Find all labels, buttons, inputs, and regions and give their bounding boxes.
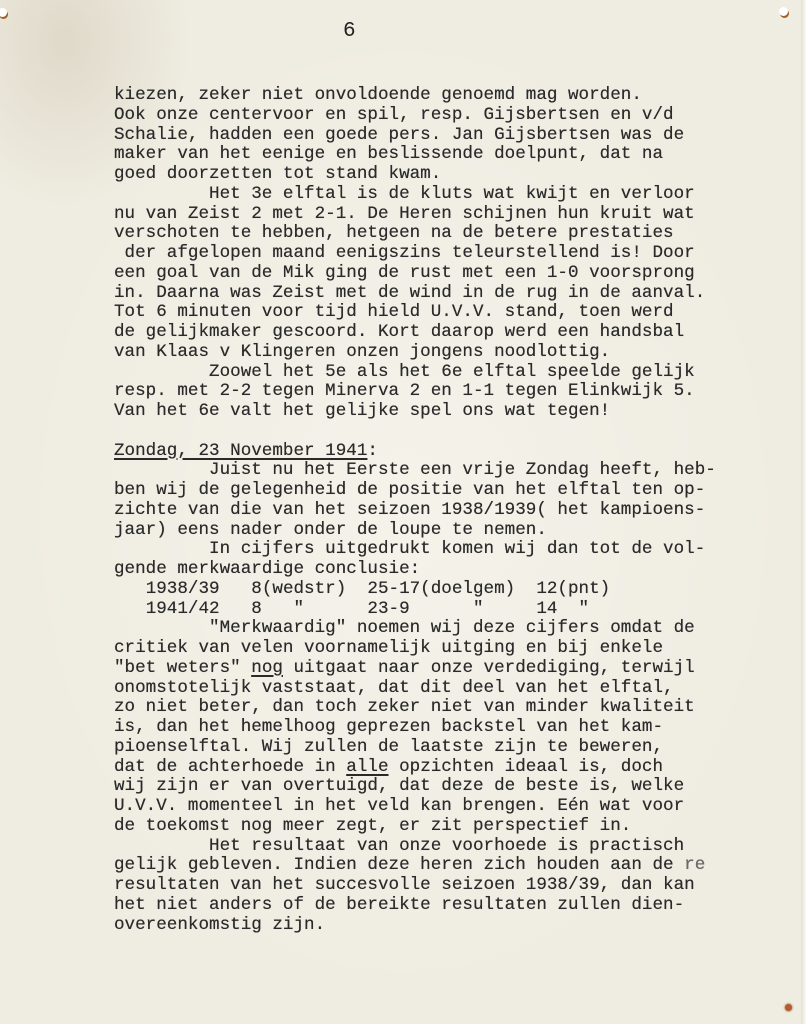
underlined-word-alle: alle [346, 757, 388, 777]
text-line: Van het 6e valt het gelijke spel ons wat… [114, 402, 804, 422]
paragraph-4: Juist nu het Eerste een vrije Zondag hee… [114, 461, 804, 540]
text-line: dat de achterhoede in alle opzichten ide… [114, 758, 804, 778]
text-line: U.V.V. momenteel in het veld kan brengen… [114, 797, 804, 817]
typewritten-page: 6 kiezen, zeker niet onvoldoende genoemd… [0, 0, 807, 1024]
paragraph-1: kiezen, zeker niet onvoldoende genoemd m… [114, 86, 804, 185]
paragraph-3: Zoowel het 5e als het 6e elftal speelde … [114, 363, 804, 422]
stats-cell-seizoen: 1938/39 [146, 580, 252, 600]
text-line: pioenselftal. Wij zullen de laatste zijn… [114, 738, 804, 758]
blank-line [114, 422, 804, 442]
document-body: kiezen, zeker niet onvoldoende genoemd m… [114, 86, 804, 935]
text-line: kiezen, zeker niet onvoldoende genoemd m… [114, 86, 804, 106]
text-line: Tot 6 minuten voor tijd hield U.V.V. sta… [114, 303, 804, 323]
stats-cell-wedstr: 8(wedstr) [251, 580, 367, 600]
text-line: maker van het eenige en beslissende doel… [114, 145, 804, 165]
section-heading-date: Zondag, 23 November 1941 [114, 441, 367, 461]
text-line: onomstotelijk vaststaat, dat dit deel va… [114, 679, 804, 699]
stats-cell-doelgem: 25-17(doelgem) [367, 580, 536, 600]
stats-cell-doelgem: 23-9 " [367, 600, 536, 620]
section-heading: Zondag, 23 November 1941: [114, 442, 804, 462]
stats-row: 1941/428 "23-9 "14 " [114, 600, 804, 620]
text-line: der afgelopen maand eenigszins teleurste… [114, 244, 804, 264]
text-segment: opzichten ideaal is, doch [389, 757, 664, 777]
text-line: in. Daarna was Zeist met de wind in de r… [114, 284, 804, 304]
text-line: nu van Zeist 2 met 2-1. De Heren schijne… [114, 205, 804, 225]
text-segment: uitgaat naar onze verdediging, terwijl [283, 658, 695, 678]
text-line: critiek van velen voornamelijk uitging e… [114, 639, 804, 659]
text-line: jaar) eens nader onder de loupe te nemen… [114, 521, 804, 541]
text-line: gelijk gebleven. Indien deze heren zich … [114, 856, 804, 876]
paragraph-5: In cijfers uitgedrukt komen wij dan tot … [114, 540, 804, 580]
text-line: is, dan het hemelhoog geprezen backstel … [114, 718, 804, 738]
stats-row: 1938/398(wedstr)25-17(doelgem)12(pnt) [114, 580, 804, 600]
text-line: het niet anders of de bereikte resultate… [114, 896, 804, 916]
paragraph-2: Het 3e elftal is de kluts wat kwijt en v… [114, 185, 804, 363]
text-line: verschoten te hebben, hetgeen na de bete… [114, 224, 804, 244]
text-line: wij zijn er van overtuigd, dat deze de b… [114, 777, 804, 797]
section-heading-colon: : [367, 441, 378, 461]
punch-hole-top-left [0, 8, 7, 17]
text-line: Het 3e elftal is de kluts wat kwijt en v… [114, 185, 804, 205]
text-line: overeenkomstig zijn. [114, 916, 804, 936]
stats-cell-seizoen: 1941/42 [146, 600, 252, 620]
text-line: "Merkwaardig" noemen wij deze cijfers om… [114, 619, 804, 639]
underlined-word-nog: nog [251, 658, 283, 678]
stats-table: 1938/398(wedstr)25-17(doelgem)12(pnt) 19… [114, 580, 804, 620]
text-segment: gelijk gebleven. Indien deze heren zich … [114, 855, 684, 875]
text-line: In cijfers uitgedrukt komen wij dan tot … [114, 540, 804, 560]
text-segment: "bet weters" [114, 658, 251, 678]
page-number: 6 [343, 20, 356, 43]
text-line: resultaten van het succesvolle seizoen 1… [114, 876, 804, 896]
text-line: zichte van die van het seizoen 1938/1939… [114, 501, 804, 521]
stats-cell-wedstr: 8 " [251, 600, 367, 620]
text-line: "bet weters" nog uitgaat naar onze verde… [114, 659, 804, 679]
text-line: gende merkwaardige conclusie: [114, 560, 804, 580]
text-line: resp. met 2-2 tegen Minerva 2 en 1-1 teg… [114, 382, 804, 402]
text-line: van Klaas v Klingeren onzen jongens nood… [114, 343, 804, 363]
text-line: Schalie, hadden een goede pers. Jan Gijs… [114, 126, 804, 146]
text-line: Ook onze centervoor en spil, resp. Gijsb… [114, 106, 804, 126]
text-line: zo niet beter, dan toch zeker niet van m… [114, 698, 804, 718]
paragraph-6: "Merkwaardig" noemen wij deze cijfers om… [114, 619, 804, 836]
text-line: de toekomst nog meer zegt, er zit perspe… [114, 817, 804, 837]
text-line: een goal van de Mik ging de rust met een… [114, 264, 804, 284]
text-line: ben wij de gelegenheid de positie van he… [114, 481, 804, 501]
text-line: goed doorzetten tot stand kwam. [114, 165, 804, 185]
punch-hole-top-right [779, 7, 788, 16]
text-line: Zoowel het 5e als het 6e elftal speelde … [114, 363, 804, 383]
text-segment: dat de achterhoede in [114, 757, 346, 777]
text-line: Juist nu het Eerste een vrije Zondag hee… [114, 461, 804, 481]
text-line: de gelijkmaker gescoord. Kort daarop wer… [114, 323, 804, 343]
cut-off-text: re [684, 855, 705, 875]
paragraph-7: Het resultaat van onze voorhoede is prac… [114, 837, 804, 936]
stats-cell-pnt: 14 " [536, 600, 589, 620]
stats-cell-pnt: 12(pnt) [536, 580, 610, 600]
text-line: Het resultaat van onze voorhoede is prac… [114, 837, 804, 857]
rust-stain-bottom-right [785, 1004, 792, 1011]
